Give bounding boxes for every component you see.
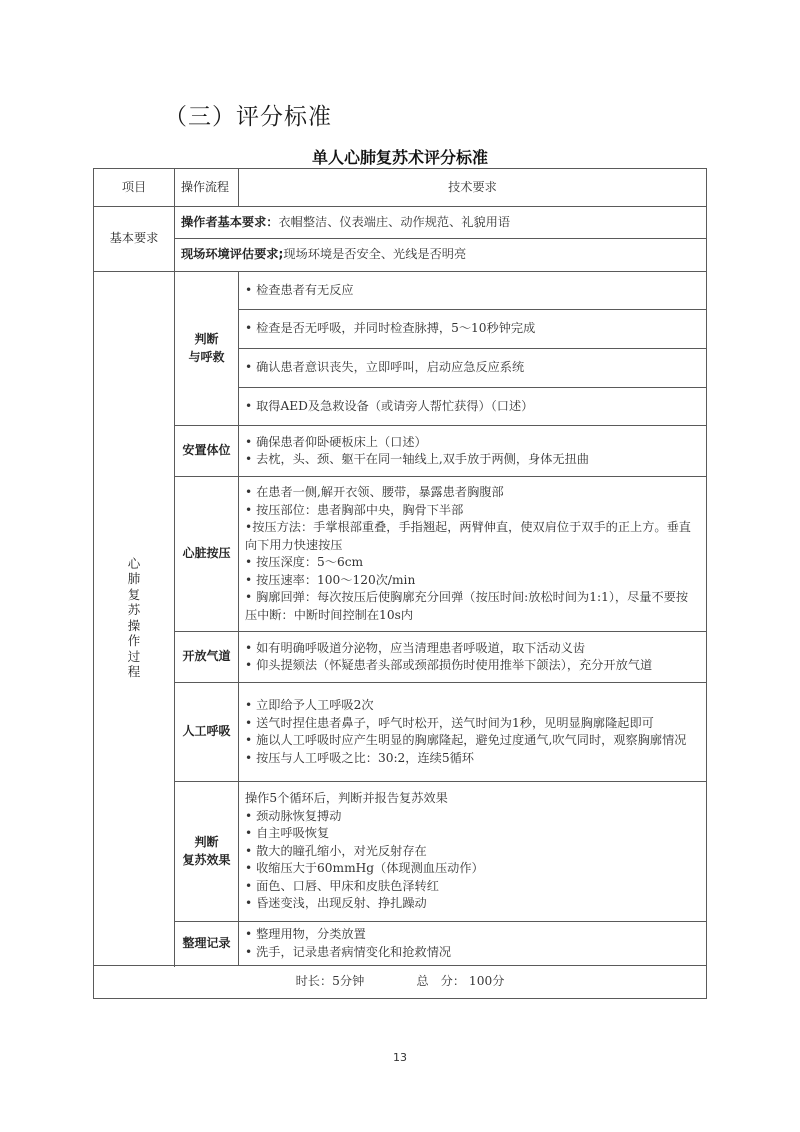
basic-requirement-environment: 现场环境评估要求;现场环境是否安全、光线是否明亮: [175, 239, 707, 272]
requirement-cell: • 整理用物，分类放置 • 洗手，记录患者病情变化和抢救情况: [239, 922, 707, 966]
requirement-line: • 如有明确呼吸道分泌物，应当清理患者呼吸道，取下活动义齿: [245, 640, 700, 658]
step-clean-up-record: 整理记录: [175, 922, 239, 966]
step-positioning: 安置体位: [175, 426, 239, 477]
table-row: 心肺复苏操作过程 判断 与呼救 • 检查患者有无反应: [94, 272, 707, 310]
step-name-line: 判断: [177, 331, 236, 349]
basic-requirement-text: 现场环境是否安全、光线是否明亮: [283, 247, 466, 261]
requirement-line: • 按压速率：100～120次/min: [245, 572, 700, 590]
requirement-cell: 操作5个循环后，判断并报告复苏效果 • 颈动脉恢复搏动 • 自主呼吸恢复 • 散…: [239, 782, 707, 922]
header-item: 项目: [94, 169, 175, 207]
step-name-line: 判断: [177, 834, 236, 852]
requirement-cell: • 确保患者仰卧硬板床上（口述） • 去枕，头、颈、躯干在同一轴线上,双手放于两…: [239, 426, 707, 477]
table-row: 判断 复苏效果 操作5个循环后，判断并报告复苏效果 • 颈动脉恢复搏动 • 自主…: [94, 782, 707, 922]
step-chest-compression: 心脏按压: [175, 477, 239, 632]
requirement-line: • 整理用物，分类放置: [245, 926, 700, 944]
requirement-line: •按压方法：手掌根部重叠，手指翘起，两臂伸直，使双肩位于双手的正上方。垂直向下用…: [245, 519, 700, 554]
requirement-line: • 颈动脉恢复搏动: [245, 808, 700, 826]
category-basic: 基本要求: [94, 207, 175, 272]
basic-requirement-label: 操作者基本要求：: [181, 215, 279, 229]
step-open-airway: 开放气道: [175, 632, 239, 683]
table-row: 人工呼吸 • 立即给予人工呼吸2次 • 送气时捏住患者鼻子，呼气时松开，送气时间…: [94, 683, 707, 782]
page-number: 13: [0, 1051, 800, 1064]
total-score-text: 总 分： 100分: [416, 974, 504, 988]
requirement-cell: • 在患者一侧,解开衣领、腰带，暴露患者胸腹部 • 按压部位：患者胸部中央，胸骨…: [239, 477, 707, 632]
requirement-cell: • 检查患者有无反应: [239, 272, 707, 310]
requirement-line: • 自主呼吸恢复: [245, 825, 700, 843]
requirement-line: • 按压与人工呼吸之比：30:2，连续5循环: [245, 750, 700, 768]
basic-requirement-label: 现场环境评估要求;: [181, 247, 283, 261]
table-row: 基本要求 操作者基本要求：衣帽整洁、仪表端庄、动作规范、礼貌用语: [94, 207, 707, 239]
requirement-line: • 按压部位：患者胸部中央，胸骨下半部: [245, 502, 700, 520]
table-row: 安置体位 • 确保患者仰卧硬板床上（口述） • 去枕，头、颈、躯干在同一轴线上,…: [94, 426, 707, 477]
table-row: 整理记录 • 整理用物，分类放置 • 洗手，记录患者病情变化和抢救情况: [94, 922, 707, 966]
requirement-line: • 昏迷变浅，出现反射、挣扎躁动: [245, 895, 700, 913]
category-process-label: 心肺复苏操作过程: [127, 556, 141, 680]
requirement-line: • 按压深度：5～6cm: [245, 554, 700, 572]
table-header-row: 项目 操作流程 技术要求: [94, 169, 707, 207]
header-procedure: 操作流程: [175, 169, 239, 207]
requirement-line: • 散大的瞳孔缩小，对光反射存在: [245, 843, 700, 861]
step-rescue-breathing: 人工呼吸: [175, 683, 239, 782]
table-footer-row: 时长：5分钟总 分： 100分: [94, 966, 707, 999]
step-name-line: 复苏效果: [177, 852, 236, 870]
requirement-line: • 确保患者仰卧硬板床上（口述）: [245, 434, 700, 452]
requirement-line: • 面色、口唇、甲床和皮肤色泽转红: [245, 878, 700, 896]
requirement-line: • 收缩压大于60mmHg（体现测血压动作）: [245, 860, 700, 878]
requirement-line: • 立即给予人工呼吸2次: [245, 697, 700, 715]
requirement-line: • 洗手，记录患者病情变化和抢救情况: [245, 944, 700, 962]
requirement-cell: • 取得AED及急救设备（或请旁人帮忙获得）（口述）: [239, 388, 707, 426]
table-row: 心脏按压 • 在患者一侧,解开衣领、腰带，暴露患者胸腹部 • 按压部位：患者胸部…: [94, 477, 707, 632]
header-requirements: 技术要求: [239, 169, 707, 207]
scoring-table: 项目 操作流程 技术要求 基本要求 操作者基本要求：衣帽整洁、仪表端庄、动作规范…: [93, 168, 707, 999]
requirement-cell: • 如有明确呼吸道分泌物，应当清理患者呼吸道，取下活动义齿 • 仰头提颏法（怀疑…: [239, 632, 707, 683]
requirement-line: • 胸廓回弹：每次按压后使胸廓充分回弹（按压时间:放松时间为1:1），尽量不要按…: [245, 589, 700, 624]
table-row: 现场环境评估要求;现场环境是否安全、光线是否明亮: [94, 239, 707, 272]
requirement-cell: • 检查是否无呼吸，并同时检查脉搏，5～10秒钟完成: [239, 310, 707, 349]
footer-summary: 时长：5分钟总 分： 100分: [94, 966, 707, 999]
table-row: 开放气道 • 如有明确呼吸道分泌物，应当清理患者呼吸道，取下活动义齿 • 仰头提…: [94, 632, 707, 683]
step-assess-and-call: 判断 与呼救: [175, 272, 239, 426]
basic-requirement-operator: 操作者基本要求：衣帽整洁、仪表端庄、动作规范、礼貌用语: [175, 207, 707, 239]
requirement-line: • 送气时捏住患者鼻子，呼气时松开，送气时间为1秒，见明显胸廓隆起即可: [245, 715, 700, 733]
requirement-line: • 在患者一侧,解开衣领、腰带，暴露患者胸腹部: [245, 484, 700, 502]
requirement-line: • 去枕，头、颈、躯干在同一轴线上,双手放于两侧，身体无扭曲: [245, 451, 700, 469]
requirement-line: • 施以人工呼吸时应产生明显的胸廓隆起，避免过度通气,吹气同时，观察胸廓情况: [245, 732, 700, 750]
step-name-line: 与呼救: [177, 349, 236, 367]
requirement-line: • 仰头提颏法（怀疑患者头部或颈部损伤时使用推举下颌法），充分开放气道: [245, 657, 700, 675]
basic-requirement-text: 衣帽整洁、仪表端庄、动作规范、礼貌用语: [279, 215, 511, 229]
requirement-line: 操作5个循环后，判断并报告复苏效果: [245, 790, 700, 808]
requirement-cell: • 立即给予人工呼吸2次 • 送气时捏住患者鼻子，呼气时松开，送气时间为1秒，见…: [239, 683, 707, 782]
section-heading: （三）评分标准: [164, 98, 332, 131]
step-assess-resuscitation: 判断 复苏效果: [175, 782, 239, 922]
table-title: 单人心肺复苏术评分标准: [0, 145, 800, 168]
requirement-cell: • 确认患者意识丧失，立即呼叫，启动应急反应系统: [239, 349, 707, 388]
category-process: 心肺复苏操作过程: [94, 272, 175, 966]
duration-text: 时长：5分钟: [296, 974, 365, 988]
